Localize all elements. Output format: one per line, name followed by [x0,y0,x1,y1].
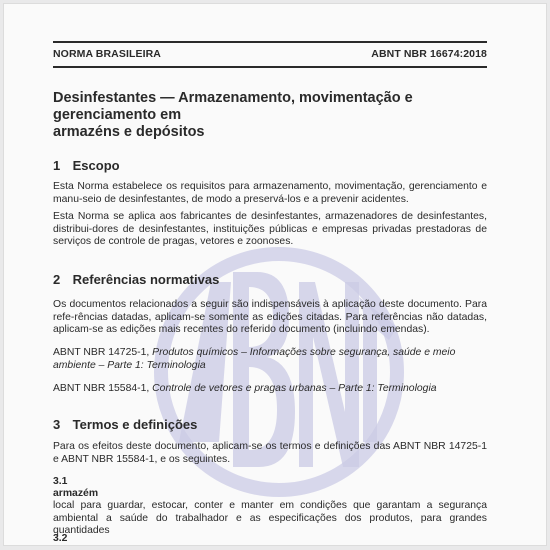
title-line-1: Desinfestantes — Armazenamento, moviment… [53,90,487,124]
section-heading-3: 3 Termos e definições [53,417,197,432]
scope-paragraph-1: Esta Norma estabelece os requisitos para… [53,181,487,206]
references-intro-paragraph: Os documentos relacionados a seguir são … [53,299,487,337]
section-heading-1: 1 Escopo [53,158,120,173]
term-name-armazem: armazém [53,488,98,499]
term-number-3-2: 3.2 [53,533,67,544]
section-heading-2: 2 Referências normativas [53,272,219,287]
title-line-2: armazéns e depósitos [53,124,487,141]
definitions-intro-paragraph: Para os efeitos deste documento, aplicam… [53,441,487,466]
reference-item-2: ABNT NBR 15584-1, Controle de vetores e … [53,383,487,396]
document-header: NORMA BRASILEIRA ABNT NBR 16674:2018 [53,48,487,60]
term-number-3-1: 3.1 [53,476,67,487]
term-definition-armazem: local para guardar, estocar, conter e ma… [53,500,487,538]
reference-item-1: ABNT NBR 14725-1, Produtos químicos – In… [53,347,487,372]
document-page: NORMA BRASILEIRA ABNT NBR 16674:2018 Des… [3,3,547,546]
standard-code: ABNT NBR 16674:2018 [371,48,487,60]
header-left-label: NORMA BRASILEIRA [53,48,161,60]
header-top-rule [53,41,487,43]
document-title: Desinfestantes — Armazenamento, moviment… [53,90,487,141]
term-name-area-segregada: área segregada [53,545,129,546]
header-bottom-rule [53,66,487,68]
scope-paragraph-2: Esta Norma se aplica aos fabricantes de … [53,211,487,249]
